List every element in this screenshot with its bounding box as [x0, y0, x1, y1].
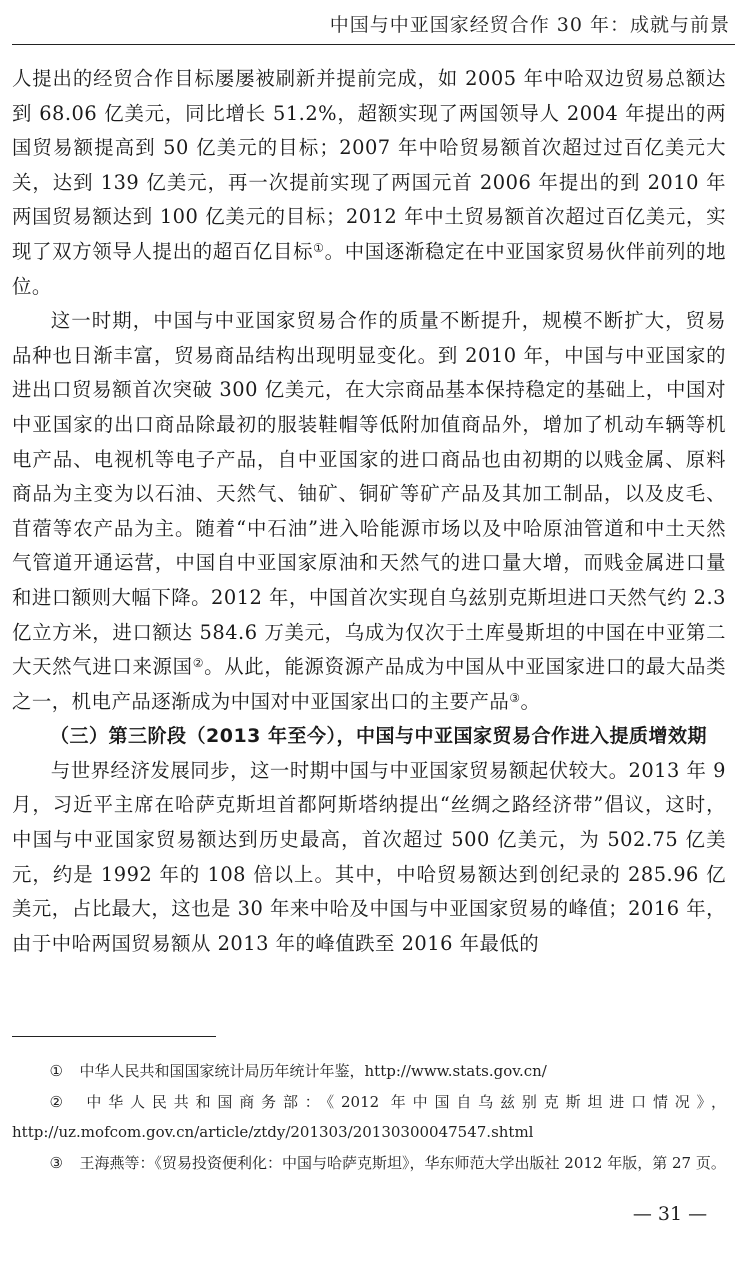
footnote-rule — [12, 1036, 216, 1037]
footnote-ref-3[interactable]: ③ — [509, 691, 520, 705]
footnote-mark: ③ — [50, 1148, 80, 1179]
paragraph-1: 人提出的经贸合作目标屡屡被刷新并提前完成，如 2005 年中哈双边贸易总额达到 … — [12, 62, 726, 304]
footnote-2: ②中华人民共和国商务部：《2012 年中国自乌兹别克斯坦进口情况》，http:/… — [12, 1087, 726, 1148]
footnote-text: 中华人民共和国国家统计局历年统计年鉴，http://www.stats.gov.… — [80, 1062, 547, 1080]
footnote-ref-1[interactable]: ① — [313, 241, 324, 255]
footnote-text: 王海燕等：《贸易投资便利化：中国与哈萨克斯坦》，华东师范大学出版社 2012 年… — [80, 1154, 726, 1172]
paragraph-text: 这一时期，中国与中亚国家贸易合作的质量不断提升，规模不断扩大，贸易品种也日渐丰富… — [12, 309, 726, 678]
paragraph-3: 与世界经济发展同步，这一时期中国与中亚国家贸易额起伏较大。2013 年 9 月，… — [12, 754, 726, 962]
footnote-mark: ② — [50, 1087, 80, 1118]
running-header-title: 中国与中亚国家经贸合作 30 年：成就与前景 — [330, 10, 730, 37]
footnote-3: ③王海燕等：《贸易投资便利化：中国与哈萨克斯坦》，华东师范大学出版社 2012 … — [12, 1148, 726, 1179]
footnote-1: ①中华人民共和国国家统计局历年统计年鉴，http://www.stats.gov… — [12, 1056, 726, 1087]
footnote-mark: ① — [50, 1056, 80, 1087]
paragraph-text: 人提出的经贸合作目标屡屡被刷新并提前完成，如 2005 年中哈双边贸易总额达到 … — [12, 67, 726, 263]
footnote-text: 中华人民共和国商务部：《2012 年中国自乌兹别克斯坦进口情况》，http://… — [12, 1093, 726, 1142]
footnotes: ①中华人民共和国国家统计局历年统计年鉴，http://www.stats.gov… — [12, 1056, 726, 1178]
footnote-ref-2[interactable]: ② — [193, 656, 204, 670]
body-text: 人提出的经贸合作目标屡屡被刷新并提前完成，如 2005 年中哈双边贸易总额达到 … — [12, 62, 726, 961]
header-rule — [12, 44, 735, 45]
page-number: — 31 — — [620, 1203, 720, 1225]
paragraph-2: 这一时期，中国与中亚国家贸易合作的质量不断提升，规模不断扩大，贸易品种也日渐丰富… — [12, 304, 726, 719]
paragraph-text: 。 — [521, 690, 541, 713]
section-heading: （三）第三阶段（2013 年至今），中国与中亚国家贸易合作进入提质增效期 — [12, 719, 726, 754]
